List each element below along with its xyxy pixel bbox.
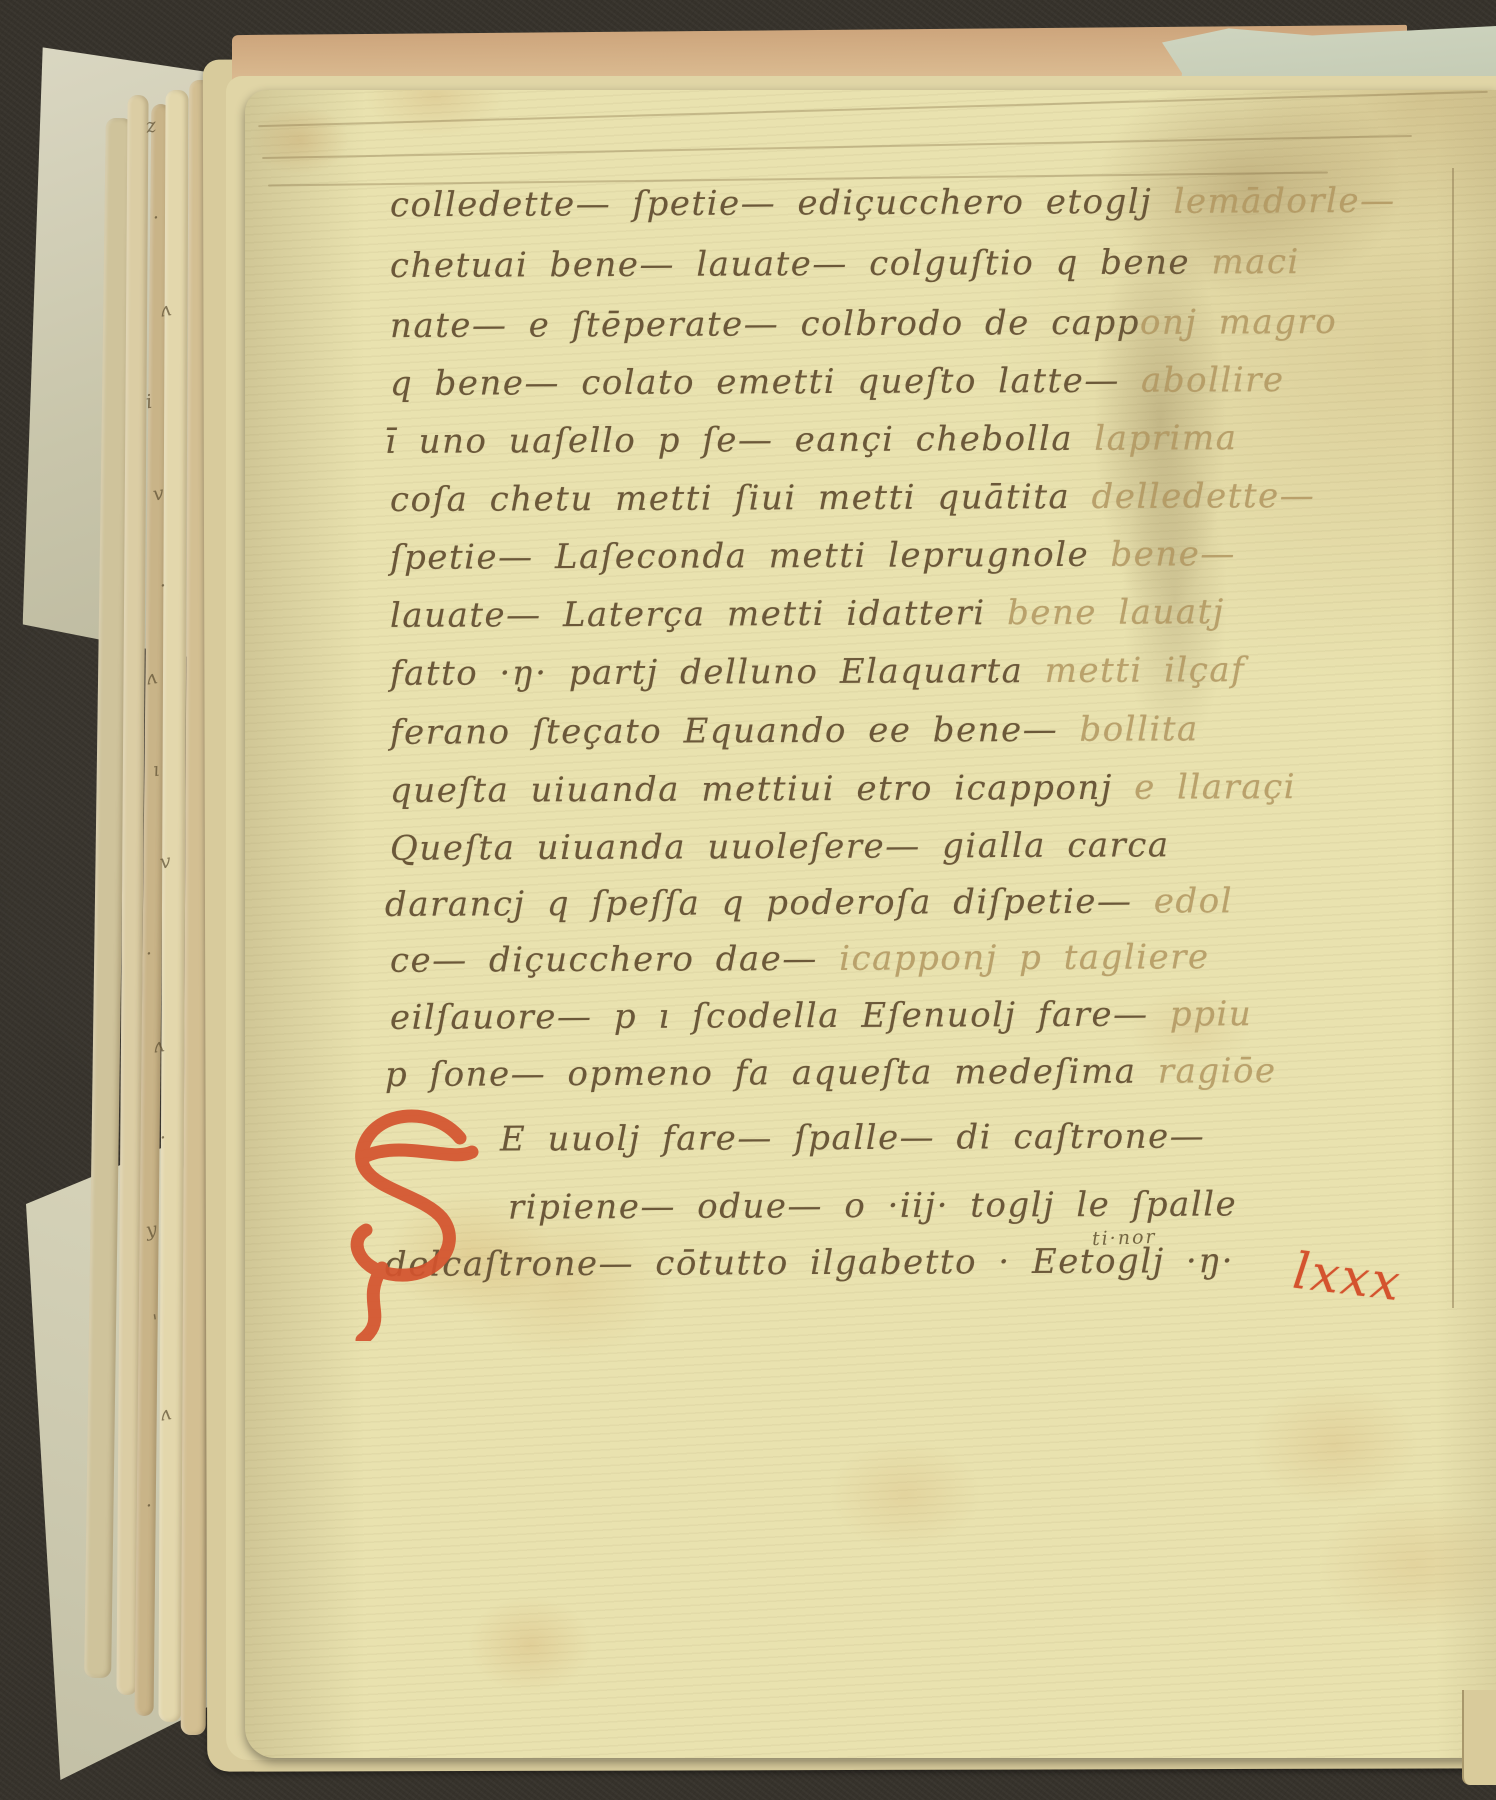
rubric-initial-S [332, 1096, 507, 1341]
manuscript-page [245, 90, 1496, 1758]
page-fold-crease [1452, 168, 1454, 1308]
next-leaf-edge [1462, 1690, 1496, 1785]
manuscript-photo: z·ʌiv·ʌıv·ʌ·y'ʌ· colledette— ſpetie— edi… [0, 0, 1496, 1800]
interlinear-correction: ti·nor [1092, 1226, 1157, 1250]
